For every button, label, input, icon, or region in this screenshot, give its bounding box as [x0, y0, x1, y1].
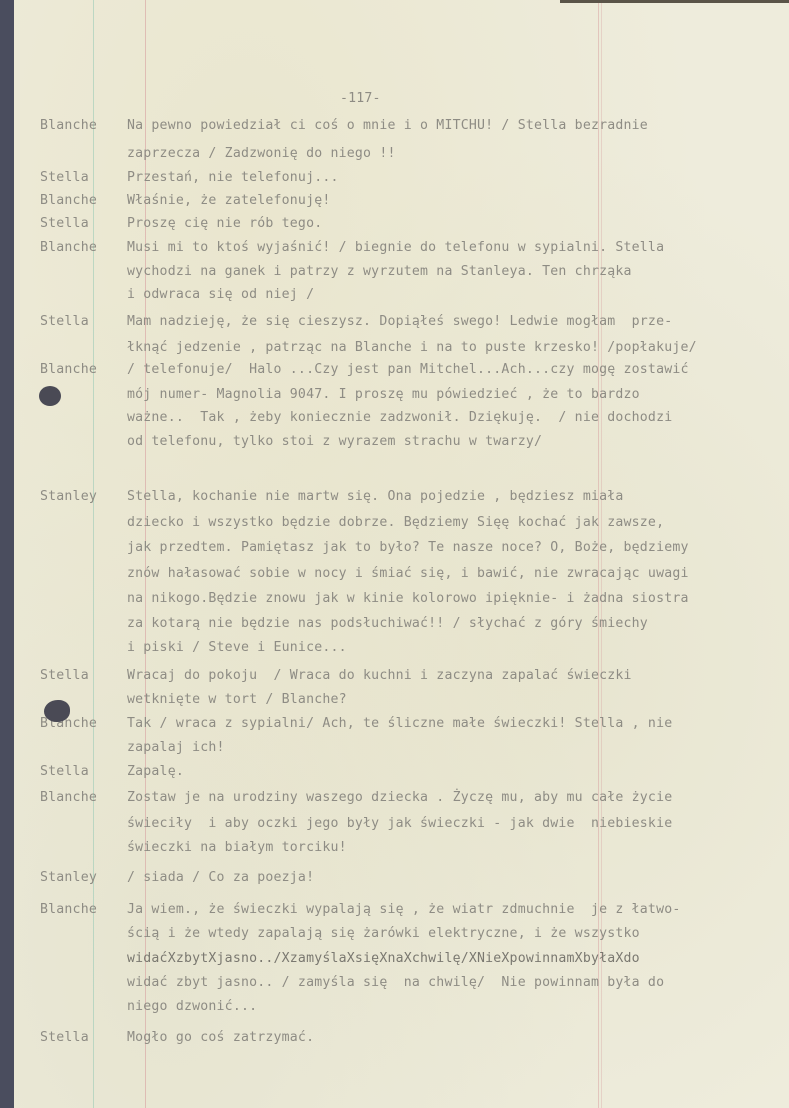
dialogue-line: znów hałasować sobie w nocy i śmiać się,…: [127, 566, 689, 581]
dialogue-line: mój numer- Magnolia 9047. I proszę mu pó…: [127, 387, 640, 402]
dialogue-line: świeciły i aby oczki jego były jak świec…: [127, 816, 672, 831]
dialogue-line: Stella, kochanie nie martw się. Ona poje…: [127, 489, 624, 504]
speaker-name: Stella: [40, 1030, 89, 1045]
dialogue-line: za kotarą nie będzie nas podsłuchiwać!! …: [127, 616, 648, 631]
dialogue-line: Zapalę.: [127, 764, 184, 779]
dialogue-line: i piski / Steve i Eunice...: [127, 640, 347, 655]
dialogue-line: Na pewno powiedział ci coś o mnie i o MI…: [127, 118, 648, 133]
dialogue-line: Zostaw je na urodziny waszego dziecka . …: [127, 790, 672, 805]
speaker-name: Stella: [40, 668, 89, 683]
speaker-name: Stella: [40, 216, 89, 231]
dialogue-line: widać zbyt jasno.. / zamyśla się na chwi…: [127, 975, 664, 990]
speaker-name: Blanche: [40, 193, 97, 208]
margin-line: [93, 0, 94, 1108]
speaker-name: Stanley: [40, 489, 97, 504]
dialogue-line: od telefonu, tylko stoi z wyrazem strach…: [127, 434, 542, 449]
dialogue-line: wychodzi na ganek i patrzy z wyrzutem na…: [127, 264, 632, 279]
dialogue-line: / telefonuje/ Halo ...Czy jest pan Mitch…: [127, 362, 689, 377]
dialogue-line: Proszę cię nie rób tego.: [127, 216, 322, 231]
dialogue-line: wetknięte w tort / Blanche?: [127, 692, 347, 707]
ink-blot: [44, 700, 70, 722]
dialogue-line: na nikogo.Będzie znowu jak w kinie kolor…: [127, 591, 689, 606]
dialogue-line: Przestań, nie telefonuj...: [127, 170, 339, 185]
speaker-name: Stella: [40, 170, 89, 185]
speaker-name: Blanche: [40, 362, 97, 377]
dialogue-line: Mogło go coś zatrzymać.: [127, 1030, 314, 1045]
speaker-name: Blanche: [40, 902, 97, 917]
dialogue-line: niego dzwonić...: [127, 999, 257, 1014]
typewritten-page: -117- BlancheNa pewno powiedział ci coś …: [14, 0, 789, 1108]
dialogue-line: świeczki na białym torciku!: [127, 840, 347, 855]
dialogue-line: Właśnie, że zatelefonuję!: [127, 193, 331, 208]
struck-line: widaćXzbytXjasno../XzamyślaXsięXnaXchwil…: [127, 951, 640, 966]
dialogue-line: dziecko i wszystko będzie dobrze. Będzie…: [127, 515, 664, 530]
dialogue-line: / siada / Co za poezja!: [127, 870, 314, 885]
dialogue-line: Tak / wraca z sypialni/ Ach, te śliczne …: [127, 716, 672, 731]
dialogue-line: i odwraca się od niej /: [127, 287, 314, 302]
speaker-name: Blanche: [40, 790, 97, 805]
ink-blot: [39, 386, 61, 406]
dialogue-line: łknąć jedzenie , patrząc na Blanche i na…: [127, 340, 697, 355]
scan-edge: [560, 0, 789, 3]
dialogue-line: ścią i że wtedy zapalają się żarówki ele…: [127, 926, 640, 941]
speaker-name: Blanche: [40, 118, 97, 133]
dialogue-line: zapalaj ich!: [127, 740, 225, 755]
speaker-name: Stanley: [40, 870, 97, 885]
dialogue-line: jak przedtem. Pamiętasz jak to było? Te …: [127, 540, 689, 555]
speaker-name: Stella: [40, 764, 89, 779]
dialogue-line: Wracaj do pokoju / Wraca do kuchni i zac…: [127, 668, 632, 683]
speaker-name: Blanche: [40, 240, 97, 255]
dialogue-line: ważne.. Tak , żeby koniecznie zadzwonił.…: [127, 410, 672, 425]
dialogue-line: Musi mi to ktoś wyjaśnić! / biegnie do t…: [127, 240, 664, 255]
dialogue-line: Ja wiem., że świeczki wypalają się , że …: [127, 902, 681, 917]
dialogue-line: Mam nadzieję, że się cieszysz. Dopiąłeś …: [127, 314, 672, 329]
page-number: -117-: [340, 91, 381, 106]
speaker-name: Stella: [40, 314, 89, 329]
dialogue-line: zaprzecza / Zadzwonię do niego !!: [127, 146, 396, 161]
